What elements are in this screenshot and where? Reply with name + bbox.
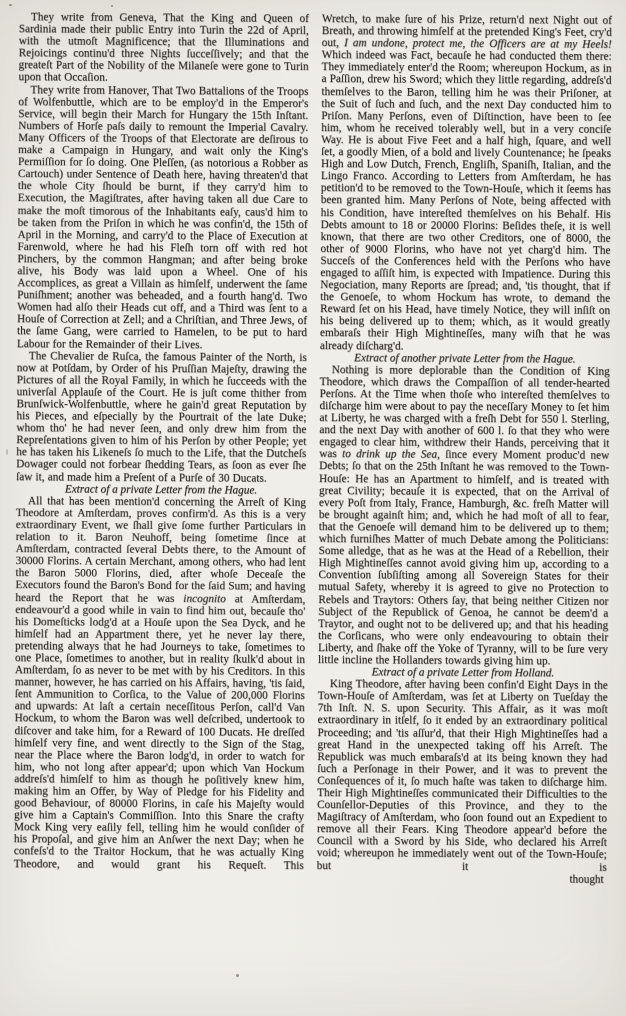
paragraph-theodore-condition: Nothing is more deplorable than the Cond… — [318, 364, 610, 668]
catchword: thought — [317, 872, 607, 886]
text-segment-italic: to drink up the Sea — [342, 448, 437, 461]
text-segment: , ſince every Moment produc'd new Debts;… — [318, 449, 609, 667]
text-segment: at Amſterdam, endeavour'd a good while i… — [14, 593, 306, 872]
text-segment: Which indeed was Fact, becauſe he had co… — [320, 49, 612, 352]
newspaper-page-scan: They write from Geneva, That the King an… — [0, 0, 626, 1016]
paragraph-hanover-news: They write from Hanover, That Two Battal… — [17, 84, 309, 352]
paragraph-geneva-news: They write from Geneva, That the King an… — [18, 11, 308, 85]
text-segment-italic: incognito — [183, 593, 226, 605]
text-segment: thought — [569, 873, 603, 885]
paragraph-chevalier-rusca: The Chevalier de Ruſca, the famous Paint… — [16, 350, 307, 485]
text-segment: Extract of a private Letter from the Hag… — [65, 483, 257, 496]
text-segment: Extract of a private Letter from Holland… — [372, 666, 555, 679]
text-segment: Nothing is more deplorable than the Cond… — [319, 364, 610, 461]
text-segment: King Theodore, after having been confin'… — [317, 678, 608, 873]
text-columns: They write from Geneva, That the King an… — [0, 0, 626, 886]
text-segment: The Chevalier de Ruſca, the famous Paint… — [16, 350, 307, 484]
text-segment: They write from Geneva, That the King an… — [18, 11, 308, 84]
text-segment: They write from Hanover, That Two Battal… — [17, 84, 309, 351]
paragraph-arrest-continued: Wretch, to make ſure of his Prize, retur… — [320, 13, 612, 353]
ink-speck — [236, 974, 239, 977]
text-segment: All that has been mention'd concerning t… — [15, 495, 306, 605]
paragraph-theodore-liberty: King Theodore, after having been confin'… — [317, 678, 608, 873]
paragraph-king-theodore-arrest: All that has been mention'd concerning t… — [14, 495, 306, 872]
left-column: They write from Geneva, That the King an… — [14, 11, 309, 884]
right-column: Wretch, to make ſure of his Prize, retur… — [317, 13, 612, 886]
